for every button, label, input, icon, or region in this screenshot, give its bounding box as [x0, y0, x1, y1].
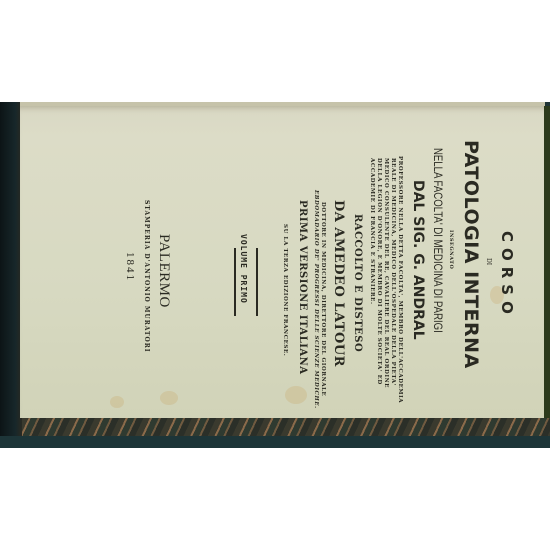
city: PALERMO	[155, 234, 172, 308]
book-cover-bottom	[0, 436, 550, 448]
taught-label: INSEGNATO	[448, 230, 454, 269]
author-credential: PROFESSORE NELLA DETTA FACOLTA', MEMBRO …	[397, 156, 403, 403]
author-name: DAL SIG. G. ANDRAL	[410, 180, 426, 340]
marbled-edge	[22, 418, 550, 438]
paper-stain	[160, 391, 178, 405]
editor-name: DA AMEDEO LATOUR	[331, 200, 346, 367]
paper-stain	[110, 396, 124, 408]
book-cover-right	[544, 106, 550, 436]
volume-label: VOLUME PRIMO	[239, 234, 248, 304]
faculty-line: NELLA FACOLTA' DI MEDICINA DI PARIGI	[431, 148, 445, 333]
connector-di: DI	[485, 258, 492, 265]
compiled-label: RACCOLTO E DISTESO	[352, 214, 363, 352]
divider-rule	[234, 248, 236, 316]
book-photo: CORSO DI PATOLOGIA INTERNA INSEGNATO NEL…	[0, 102, 550, 448]
edition-label: PRIMA VERSIONE ITALIANA	[297, 200, 308, 375]
editor-credential: DOTTORE IN MEDICINA, DIRETTORE DEL GIORN…	[320, 202, 326, 396]
author-credential: MEDICO CONSULENTE DEL RE, CAVALIERE DEL …	[383, 158, 389, 388]
printer: STAMPERIA D'ANTONIO MURATORI	[143, 200, 150, 353]
title-page: CORSO DI PATOLOGIA INTERNA INSEGNATO NEL…	[20, 106, 545, 418]
book-cover-left	[0, 102, 22, 448]
series-title: CORSO	[498, 231, 516, 320]
main-title: PATOLOGIA INTERNA	[460, 140, 482, 369]
year: 1841	[124, 252, 136, 282]
author-credential: DELLA LEGION D'ONORE, E MEMBRO DI MOLTE …	[376, 158, 382, 385]
edition-note: SU LA TERZA EDIZIONE FRANCESE.	[282, 224, 288, 356]
divider-rule	[256, 248, 258, 316]
author-credential: REALE DI MEDICINA, MEDICO DELL'OSPEDALE …	[390, 158, 396, 386]
paper-stain	[285, 386, 307, 404]
editor-credential: EBDOMADARIO DE' PROGRESSI DELLE SCIENZE …	[313, 190, 319, 409]
author-credential: ACCADEMIE DI FRANCIA E STRANIERE.	[369, 158, 375, 304]
